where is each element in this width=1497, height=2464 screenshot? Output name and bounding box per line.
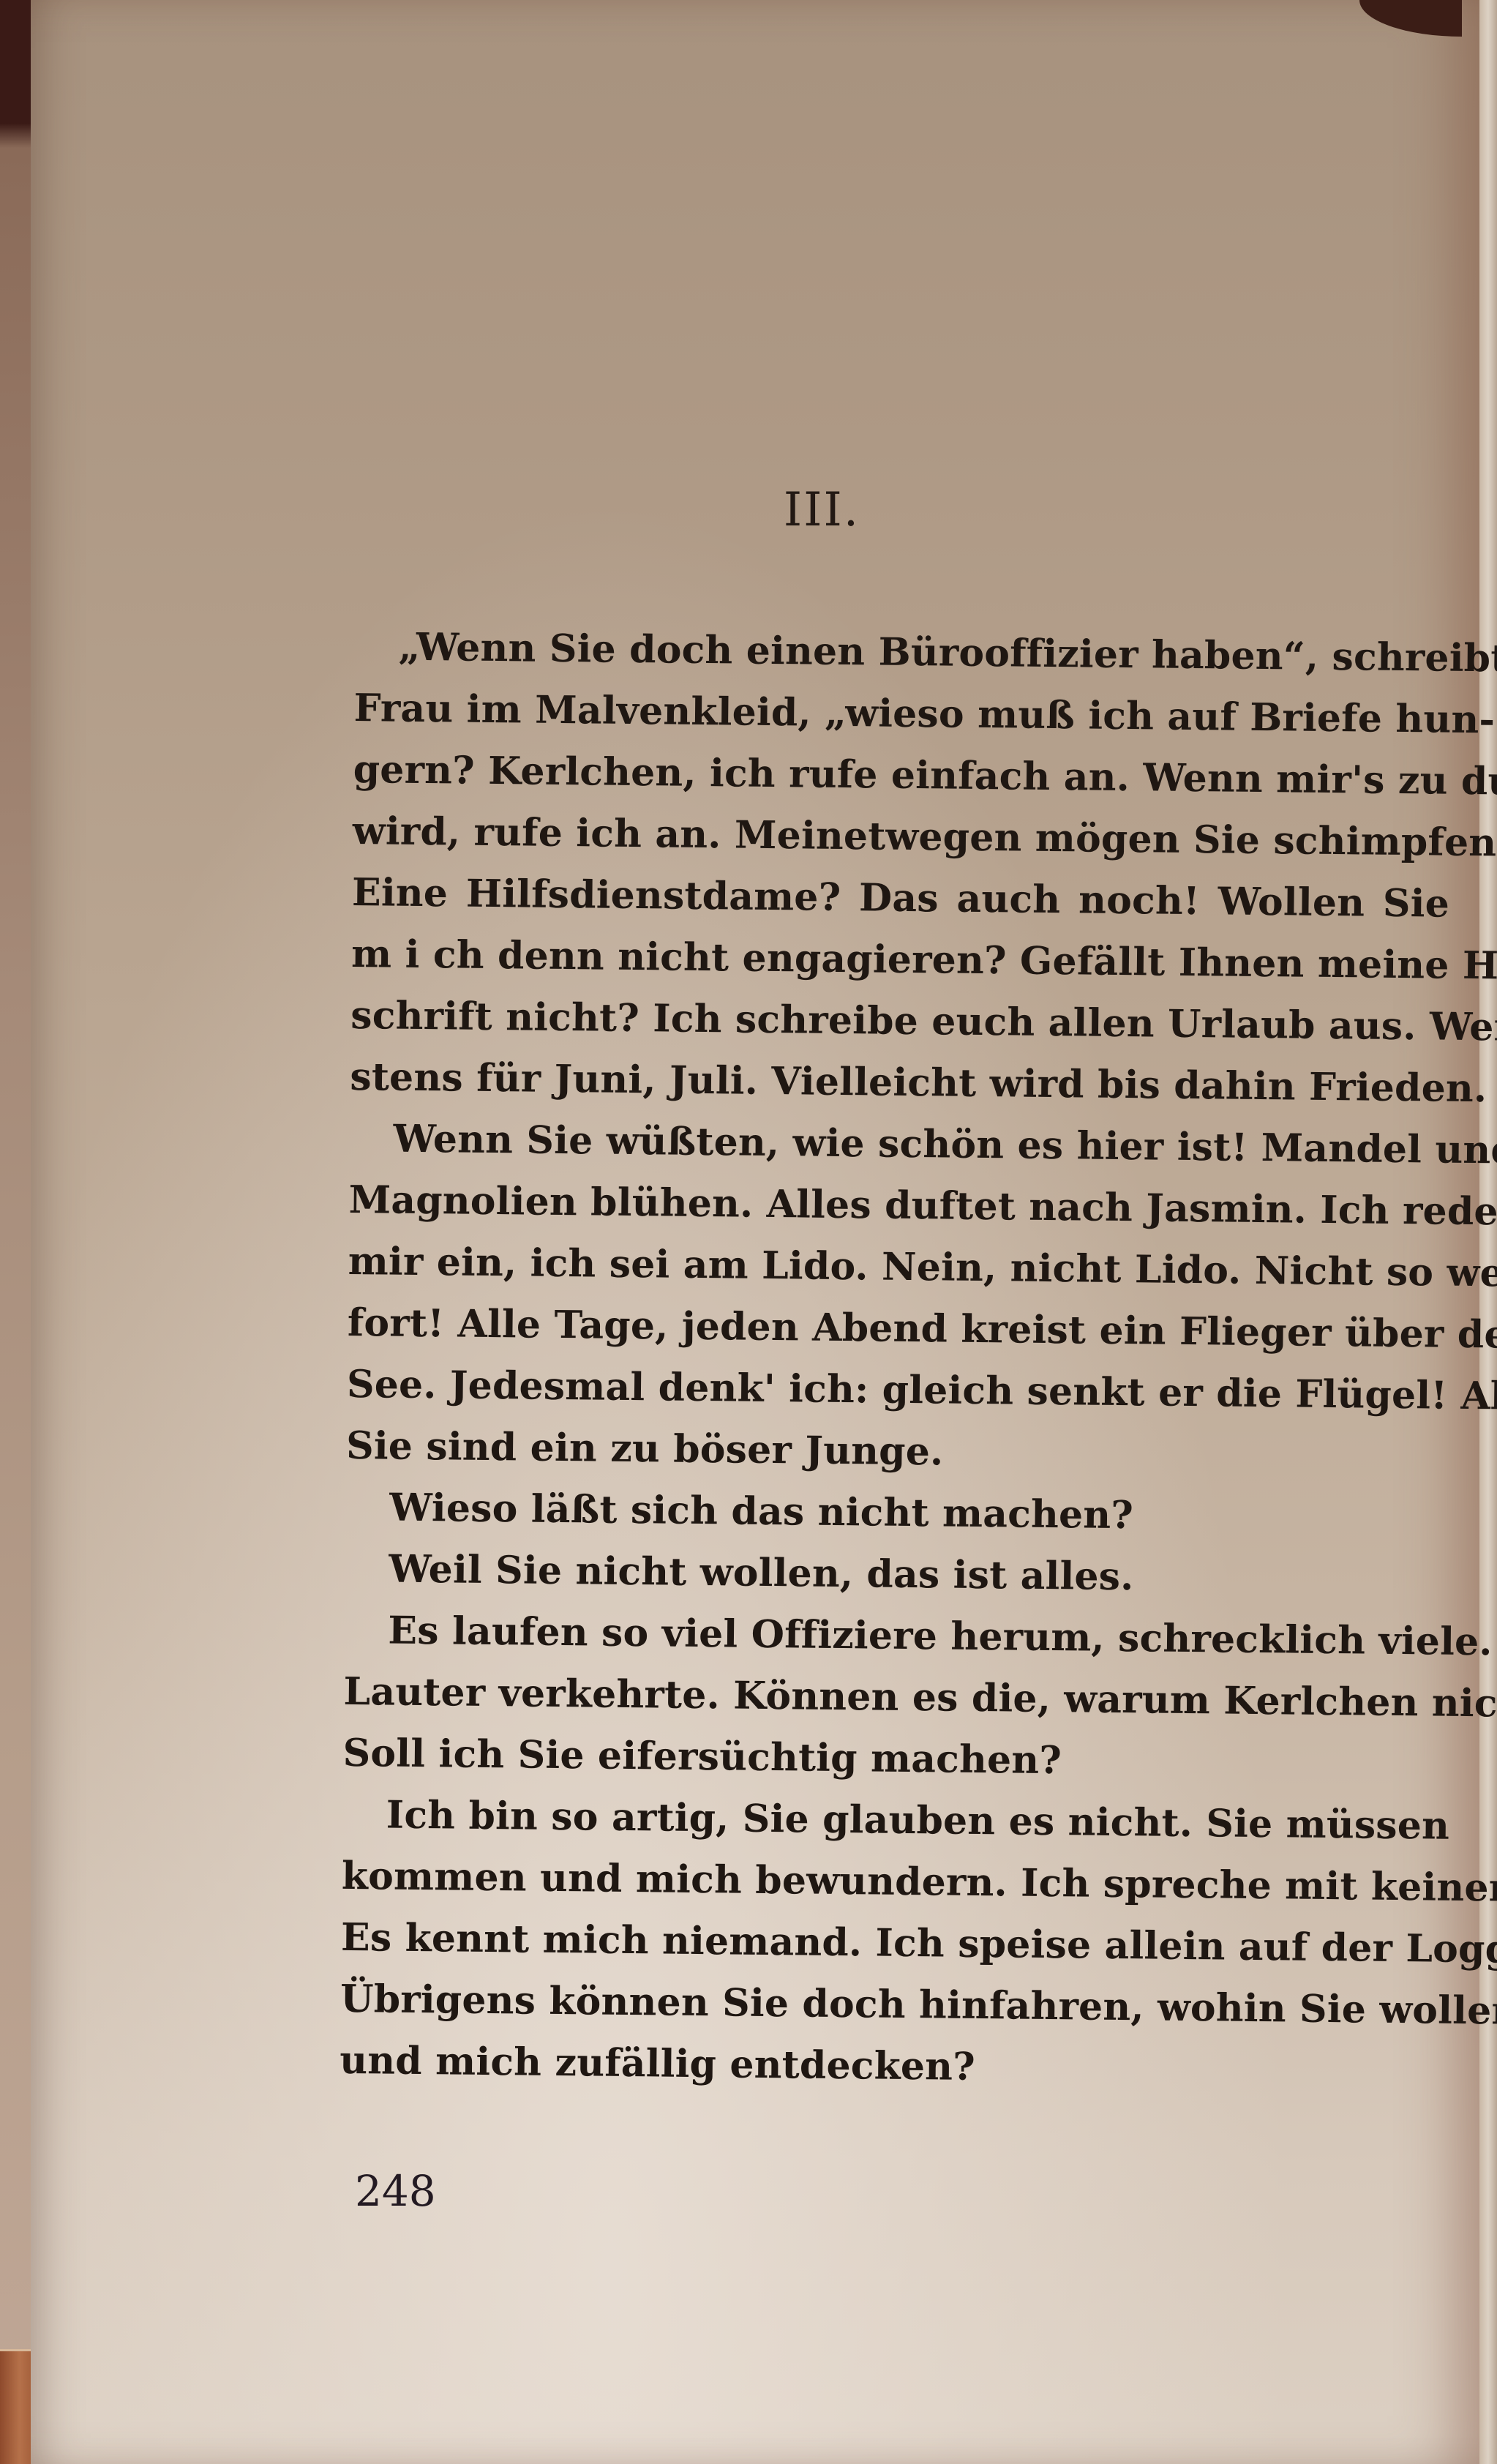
text-line: Wieso läßt sich das nicht machen? — [345, 1477, 1444, 1550]
body-text: „Wenn Sie doch einen Bürooffizier haben“… — [339, 616, 1452, 2103]
text-line: kommen und mich bewundern. Ich spreche m… — [342, 1846, 1440, 1919]
text-line: schrift nicht? Ich schreibe euch allen U… — [350, 985, 1449, 1058]
text-line: Magnolien blühen. Alles duftet nach Jasm… — [348, 1169, 1447, 1243]
text-line: gern? Kerlchen, ich rufe einfach an. Wen… — [353, 739, 1451, 812]
page-number: 248 — [355, 2166, 436, 2216]
book-photo: III. „Wenn Sie doch einen Bürooffizier h… — [0, 0, 1497, 2464]
text-line: mir ein, ich sei am Lido. Nein, nicht Li… — [348, 1231, 1446, 1304]
text-line: wird, rufe ich an. Meinetwegen mögen Sie… — [352, 801, 1450, 874]
text-line: m i ch denn nicht engagieren? Gefällt Ih… — [351, 924, 1449, 997]
text-line: Ich bin so artig, Sie glauben es nicht. … — [342, 1784, 1440, 1857]
text-line: Sie sind ein zu böser Junge. — [346, 1415, 1444, 1488]
text-line: Es laufen so viel Offiziere herum, schre… — [344, 1600, 1442, 1673]
text-line: Es kennt mich niemand. Ich speise allein… — [341, 1907, 1439, 1980]
text-line: Eine Hilfsdienstdame? Das auch noch! Wol… — [352, 862, 1450, 935]
text-line: Weil Sie nicht wollen, das ist alles. — [345, 1538, 1443, 1611]
text-line: „Wenn Sie doch einen Bürooffizier haben“… — [354, 616, 1452, 689]
text-line: und mich zufällig entdecken? — [339, 2030, 1438, 2103]
text-line: stens für Juni, Juli. Vielleicht wird bi… — [350, 1046, 1448, 1120]
text-line: Übrigens können Sie doch hinfahren, wohi… — [340, 1969, 1438, 2042]
text-line: Frau im Malvenkleid, „wieso muß ich auf … — [353, 678, 1452, 751]
chapter-heading: III. — [0, 483, 1497, 537]
text-line: fort! Alle Tage, jeden Abend kreist ein … — [347, 1292, 1445, 1366]
text-line: Lauter verkehrte. Können es die, warum K… — [343, 1661, 1441, 1734]
text-line: Soll ich Sie eifersüchtig machen? — [342, 1723, 1441, 1796]
page-corner-curl — [1359, 0, 1462, 37]
book-cover-corner — [0, 2349, 33, 2464]
text-line: Wenn Sie wüßten, wie schön es hier ist! … — [349, 1108, 1447, 1181]
text-line: See. Jedesmal denk' ich: gleich senkt er… — [347, 1354, 1445, 1427]
